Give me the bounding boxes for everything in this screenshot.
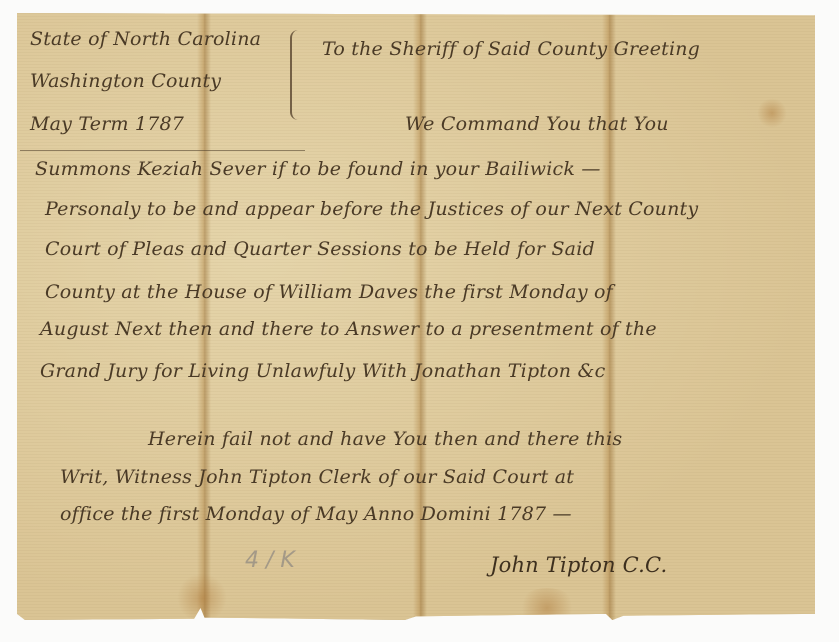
header-county: Washington County	[30, 72, 221, 91]
closing-line: Writ, Witness John Tipton Clerk of our S…	[60, 468, 574, 487]
body-line: Summons Keziah Sever if to be found in y…	[35, 160, 601, 179]
body-line: Court of Pleas and Quarter Sessions to b…	[45, 240, 595, 259]
header-state: State of North Carolina	[30, 30, 261, 49]
header-term: May Term 1787	[30, 115, 184, 134]
water-stain	[177, 573, 227, 623]
water-stain	[757, 98, 787, 128]
aged-paper-sheet	[17, 13, 815, 620]
document-scan: State of North Carolina Washington Count…	[0, 0, 839, 642]
body-line: August Next then and there to Answer to …	[40, 320, 657, 339]
fold-line	[602, 13, 616, 620]
fold-line	[413, 13, 427, 620]
body-line: We Command You that You	[405, 115, 669, 134]
body-line: Grand Jury for Living Unlawfuly With Jon…	[40, 362, 605, 381]
salutation: To the Sheriff of Said County Greeting	[322, 40, 700, 59]
brace-mark	[290, 30, 306, 120]
water-stain	[517, 588, 577, 628]
body-line: Personaly to be and appear before the Ju…	[45, 200, 698, 219]
pencil-annotation: 4 / K	[245, 548, 295, 573]
closing-line: office the first Monday of May Anno Domi…	[60, 505, 572, 524]
header-rule	[20, 150, 305, 151]
body-line: County at the House of William Daves the…	[45, 283, 613, 302]
clerk-signature: John Tipton C.C.	[490, 555, 667, 576]
fold-line	[197, 13, 211, 620]
closing-line: Herein fail not and have You then and th…	[148, 430, 622, 449]
